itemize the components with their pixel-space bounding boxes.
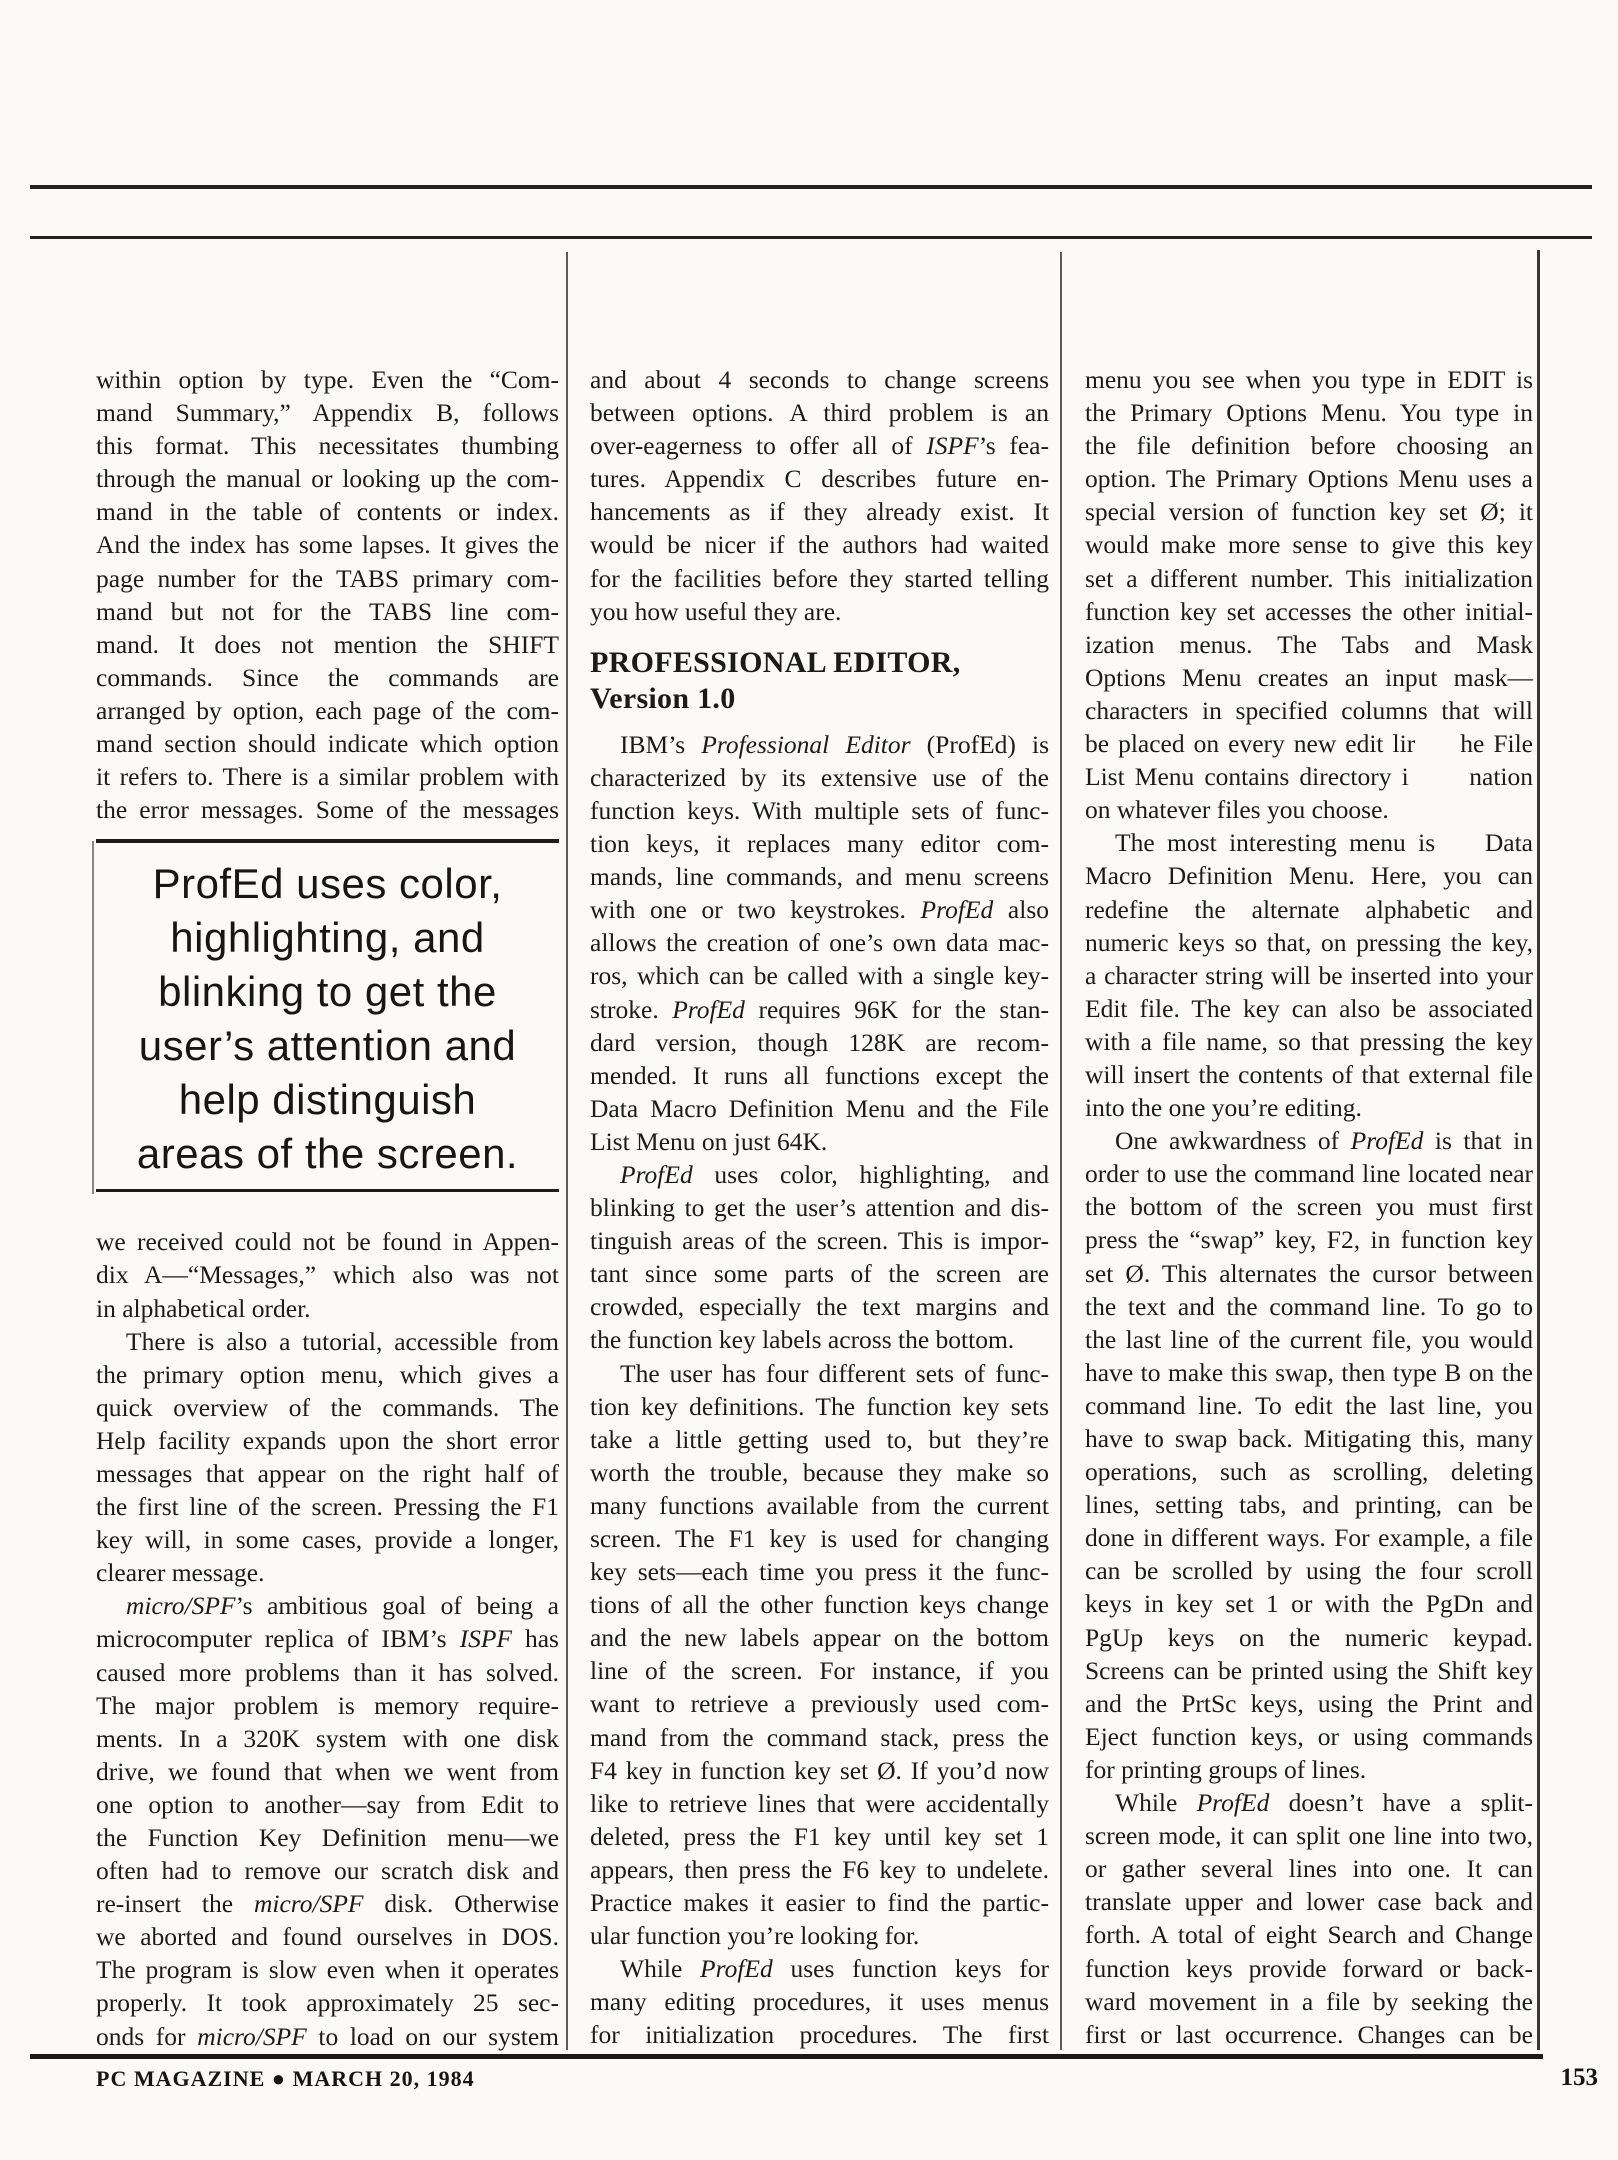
text-line: tant since some parts of the screen are bbox=[590, 1257, 1049, 1290]
text-line: List Menu contains directory i nation bbox=[1085, 760, 1533, 793]
text-line: Screens can be printed using the Shift k… bbox=[1085, 1654, 1533, 1687]
text-line: the first line of the screen. Pressing t… bbox=[96, 1490, 559, 1523]
text-line: mand but not for the TABS line com- bbox=[96, 595, 559, 628]
text-line: microcomputer replica of IBM’s ISPF has bbox=[96, 1622, 559, 1655]
top-rule-2 bbox=[30, 236, 1592, 239]
text-line: properly. It took approximately 25 sec- bbox=[96, 1986, 559, 2019]
text-line: mended. It runs all functions except the bbox=[590, 1059, 1049, 1092]
column-1: within option by type. Even the “Com-man… bbox=[96, 363, 559, 2053]
text-line: done in different ways. For example, a f… bbox=[1085, 1521, 1533, 1554]
paragraph: menu you see when you type in EDIT isthe… bbox=[1085, 363, 1533, 826]
text-line: While ProfEd uses function keys for bbox=[590, 1952, 1049, 1985]
text-line: would make more sense to give this key bbox=[1085, 528, 1533, 561]
paragraph: and about 4 seconds to change screensbet… bbox=[590, 363, 1049, 628]
text-line: option. The Primary Options Menu uses a bbox=[1085, 462, 1533, 495]
text-line: messages that appear on the right half o… bbox=[96, 1457, 559, 1490]
text-line: the last line of the current file, you w… bbox=[1085, 1323, 1533, 1356]
text-line: we aborted and found ourselves in DOS. bbox=[96, 1920, 559, 1953]
text-line: The user has four different sets of func… bbox=[590, 1357, 1049, 1390]
paragraph: While ProfEd uses function keys formany … bbox=[590, 1952, 1049, 2051]
text-line: The major problem is memory require- bbox=[96, 1689, 559, 1722]
text-line: the text and the command line. To go to bbox=[1085, 1290, 1533, 1323]
text-line: drive, we found that when we went from bbox=[96, 1755, 559, 1788]
text-line: screen mode, it can split one line into … bbox=[1085, 1819, 1533, 1852]
magazine-page: within option by type. Even the “Com-man… bbox=[0, 0, 1618, 2160]
paragraph: IBM’s Professional Editor (ProfEd) ischa… bbox=[590, 728, 1049, 1158]
text-line: characters in specified columns that wil… bbox=[1085, 694, 1533, 727]
gutter-scan-line bbox=[92, 841, 94, 1194]
text-line: function key set accesses the other init… bbox=[1085, 595, 1533, 628]
text-line: Macro Definition Menu. Here, you can bbox=[1085, 859, 1533, 892]
paragraph: One awkwardness of ProfEd is that inorde… bbox=[1085, 1124, 1533, 1786]
paragraph: within option by type. Even the “Com-man… bbox=[96, 363, 559, 826]
text-line: the Primary Options Menu. You type in bbox=[1085, 396, 1533, 429]
text-line: special version of function key set Ø; i… bbox=[1085, 495, 1533, 528]
text-line: clearer message. bbox=[96, 1556, 559, 1589]
section-heading-line: PROFESSIONAL EDITOR, bbox=[590, 645, 1049, 681]
text-line: for initialization procedures. The first bbox=[590, 2018, 1049, 2051]
text-line: over-eagerness to offer all of ISPF’s fe… bbox=[590, 429, 1049, 462]
text-line: operations, such as scrolling, deleting bbox=[1085, 1455, 1533, 1488]
text-line: this format. This necessitates thumbing bbox=[96, 429, 559, 462]
text-line: ments. In a 320K system with one disk bbox=[96, 1722, 559, 1755]
section-heading-line: Version 1.0 bbox=[590, 681, 1049, 717]
text-line: There is also a tutorial, accessible fro… bbox=[96, 1325, 559, 1358]
text-line: the error messages. Some of the messages bbox=[96, 793, 559, 826]
text-line: The program is slow even when it operate… bbox=[96, 1953, 559, 1986]
text-line: stroke. ProfEd requires 96K for the stan… bbox=[590, 993, 1049, 1026]
text-line: onds for micro/SPF to load on our system bbox=[96, 2020, 559, 2053]
text-line: for the facilities before they started t… bbox=[590, 562, 1049, 595]
pull-quote-line: user’s attention and bbox=[96, 1019, 559, 1073]
text-line: on whatever files you choose. bbox=[1085, 793, 1533, 826]
text-line: lines, setting tabs, and printing, can b… bbox=[1085, 1488, 1533, 1521]
text-line: mand Summary,” Appendix B, follows bbox=[96, 396, 559, 429]
text-line: forth. A total of eight Search and Chang… bbox=[1085, 1918, 1533, 1951]
text-line: menu you see when you type in EDIT is bbox=[1085, 363, 1533, 396]
text-line: function keys. With multiple sets of fun… bbox=[590, 794, 1049, 827]
text-line: want to retrieve a previously used com- bbox=[590, 1687, 1049, 1720]
text-line: set a different number. This initializat… bbox=[1085, 562, 1533, 595]
text-line: blinking to get the user’s attention and… bbox=[590, 1191, 1049, 1224]
text-line: first or last occurrence. Changes can be bbox=[1085, 2018, 1533, 2051]
footer-rule bbox=[30, 2054, 1543, 2059]
text-line: dix A—“Messages,” which also was not bbox=[96, 1258, 559, 1291]
footer-magazine-date: PC MAGAZINE ● MARCH 20, 1984 bbox=[96, 2066, 475, 2092]
text-line: key will, in some cases, provide a longe… bbox=[96, 1523, 559, 1556]
pull-quote-line: help distinguish bbox=[96, 1073, 559, 1127]
pull-quote-line: highlighting, and bbox=[96, 911, 559, 965]
text-line: or gather several lines into one. It can bbox=[1085, 1852, 1533, 1885]
column-divider-right bbox=[1060, 252, 1062, 2050]
text-line: mand in the table of contents or index. bbox=[96, 495, 559, 528]
pull-quote-line: blinking to get the bbox=[96, 965, 559, 1019]
paragraph: ProfEd uses color, highlighting, andblin… bbox=[590, 1158, 1049, 1357]
text-line: ward movement in a file by seeking the bbox=[1085, 1985, 1533, 2018]
text-line: Help facility expands upon the short err… bbox=[96, 1424, 559, 1457]
text-line: redefine the alternate alphabetic and bbox=[1085, 893, 1533, 926]
text-line: and the PrtSc keys, using the Print and bbox=[1085, 1687, 1533, 1720]
text-line: IBM’s Professional Editor (ProfEd) is bbox=[590, 728, 1049, 761]
text-line: can be scrolled by using the four scroll bbox=[1085, 1554, 1533, 1587]
text-line: arranged by option, each page of the com… bbox=[96, 694, 559, 727]
text-line: numeric keys so that, on pressing the ke… bbox=[1085, 926, 1533, 959]
text-line: the bottom of the screen you must first bbox=[1085, 1190, 1533, 1223]
text-line: Eject function keys, or using commands bbox=[1085, 1720, 1533, 1753]
text-line: tion keys, it replaces many editor com- bbox=[590, 827, 1049, 860]
text-line: many editing procedures, it uses menus bbox=[590, 1985, 1049, 2018]
text-line: through the manual or looking up the com… bbox=[96, 462, 559, 495]
text-line: will insert the contents of that externa… bbox=[1085, 1058, 1533, 1091]
text-line: have to make this swap, then type B on t… bbox=[1085, 1356, 1533, 1389]
text-line: page number for the TABS primary com- bbox=[96, 562, 559, 595]
text-line: function keys provide forward or back- bbox=[1085, 1952, 1533, 1985]
text-line: for printing groups of lines. bbox=[1085, 1753, 1533, 1786]
page-number: 153 bbox=[1540, 2064, 1598, 2092]
text-line: And the index has some lapses. It gives … bbox=[96, 528, 559, 561]
text-line: appears, then press the F6 key to undele… bbox=[590, 1853, 1049, 1886]
text-line: the Function Key Definition menu—we bbox=[96, 1821, 559, 1854]
text-line: within option by type. Even the “Com- bbox=[96, 363, 559, 396]
text-line: often had to remove our scratch disk and bbox=[96, 1854, 559, 1887]
column-2: and about 4 seconds to change screensbet… bbox=[590, 363, 1049, 2052]
text-line: The most interesting menu is Data bbox=[1085, 826, 1533, 859]
pull-quote-line: areas of the screen. bbox=[96, 1127, 559, 1181]
text-line: mand from the command stack, press the bbox=[590, 1721, 1049, 1754]
paragraph: The most interesting menu is DataMacro D… bbox=[1085, 826, 1533, 1124]
text-line: we received could not be found in Appen- bbox=[96, 1225, 559, 1258]
text-line: tures. Appendix C describes future en- bbox=[590, 462, 1049, 495]
text-line: ros, which can be called with a single k… bbox=[590, 959, 1049, 992]
text-line: command line. To edit the last line, you bbox=[1085, 1389, 1533, 1422]
text-line: key sets—each time you press it the func… bbox=[590, 1555, 1049, 1588]
pull-quote: ProfEd uses color,highlighting, andblink… bbox=[96, 839, 559, 1192]
text-line: F4 key in function key set Ø. If you’d n… bbox=[590, 1754, 1049, 1787]
text-line: be placed on every new edit lir he File bbox=[1085, 727, 1533, 760]
text-line: dard version, though 128K are recom- bbox=[590, 1026, 1049, 1059]
text-line: worth the trouble, because they make so bbox=[590, 1456, 1049, 1489]
paragraph: we received could not be found in Appen-… bbox=[96, 1225, 559, 1324]
page-edge-line bbox=[1537, 250, 1540, 2050]
text-line: order to use the command line located ne… bbox=[1085, 1157, 1533, 1190]
text-line: take a little getting used to, but they’… bbox=[590, 1423, 1049, 1456]
text-line: it refers to. There is a similar problem… bbox=[96, 760, 559, 793]
top-rule-1 bbox=[30, 185, 1592, 189]
paragraph: micro/SPF’s ambitious goal of being amic… bbox=[96, 1589, 559, 2052]
text-line: commands. Since the commands are bbox=[96, 661, 559, 694]
text-line: set Ø. This alternates the cursor betwee… bbox=[1085, 1257, 1533, 1290]
text-line: and the new labels appear on the bottom bbox=[590, 1621, 1049, 1654]
text-line: the function key labels across the botto… bbox=[590, 1323, 1049, 1356]
text-line: PgUp keys on the numeric keypad. bbox=[1085, 1621, 1533, 1654]
text-line: one option to another—say from Edit to bbox=[96, 1788, 559, 1821]
text-line: the file definition before choosing an bbox=[1085, 429, 1533, 462]
text-line: you how useful they are. bbox=[590, 595, 1049, 628]
text-line: hancements as if they already exist. It bbox=[590, 495, 1049, 528]
paragraph: While ProfEd doesn’t have a split-screen… bbox=[1085, 1786, 1533, 2051]
column-3: menu you see when you type in EDIT isthe… bbox=[1085, 363, 1533, 2051]
text-line: a character string will be inserted into… bbox=[1085, 959, 1533, 992]
pull-quote-line: ProfEd uses color, bbox=[96, 857, 559, 911]
text-line: translate upper and lower case back and bbox=[1085, 1885, 1533, 1918]
text-line: ular function you’re looking for. bbox=[590, 1919, 1049, 1952]
text-line: Edit file. The key can also be associate… bbox=[1085, 992, 1533, 1025]
text-line: crowded, especially the text margins and bbox=[590, 1290, 1049, 1323]
text-line: quick overview of the commands. The bbox=[96, 1391, 559, 1424]
text-line: One awkwardness of ProfEd is that in bbox=[1085, 1124, 1533, 1157]
text-line: tinguish areas of the screen. This is im… bbox=[590, 1224, 1049, 1257]
text-line: between options. A third problem is an bbox=[590, 396, 1049, 429]
text-line: like to retrieve lines that were acciden… bbox=[590, 1787, 1049, 1820]
text-line: ProfEd uses color, highlighting, and bbox=[590, 1158, 1049, 1191]
text-line: Data Macro Definition Menu and the File bbox=[590, 1092, 1049, 1125]
text-line: mands, line commands, and menu screens bbox=[590, 860, 1049, 893]
text-line: mand section should indicate which optio… bbox=[96, 727, 559, 760]
paragraph: There is also a tutorial, accessible fro… bbox=[96, 1325, 559, 1590]
text-line: and about 4 seconds to change screens bbox=[590, 363, 1049, 396]
text-line: have to swap back. Mitigating this, many bbox=[1085, 1422, 1533, 1455]
text-line: Practice makes it easier to find the par… bbox=[590, 1886, 1049, 1919]
text-line: with one or two keystrokes. ProfEd also bbox=[590, 893, 1049, 926]
text-line: While ProfEd doesn’t have a split- bbox=[1085, 1786, 1533, 1819]
text-line: the primary option menu, which gives a bbox=[96, 1358, 559, 1391]
text-line: allows the creation of one’s own data ma… bbox=[590, 926, 1049, 959]
column-divider-left bbox=[566, 252, 568, 2050]
text-line: line of the screen. For instance, if you bbox=[590, 1654, 1049, 1687]
text-line: caused more problems than it has solved. bbox=[96, 1656, 559, 1689]
text-line: tions of all the other function keys cha… bbox=[590, 1588, 1049, 1621]
text-line: micro/SPF’s ambitious goal of being a bbox=[96, 1589, 559, 1622]
text-line: ization menus. The Tabs and Mask bbox=[1085, 628, 1533, 661]
text-line: List Menu on just 64K. bbox=[590, 1125, 1049, 1158]
text-line: with a file name, so that pressing the k… bbox=[1085, 1025, 1533, 1058]
text-line: characterized by its extensive use of th… bbox=[590, 761, 1049, 794]
text-line: screen. The F1 key is used for changing bbox=[590, 1522, 1049, 1555]
text-line: press the “swap” key, F2, in function ke… bbox=[1085, 1223, 1533, 1256]
text-line: many functions available from the curren… bbox=[590, 1489, 1049, 1522]
text-line: keys in key set 1 or with the PgDn and bbox=[1085, 1587, 1533, 1620]
text-line: into the one you’re editing. bbox=[1085, 1091, 1533, 1124]
text-line: deleted, press the F1 key until key set … bbox=[590, 1820, 1049, 1853]
text-line: Options Menu creates an input mask— bbox=[1085, 661, 1533, 694]
text-line: re-insert the micro/SPF disk. Otherwise bbox=[96, 1887, 559, 1920]
text-line: mand. It does not mention the SHIFT bbox=[96, 628, 559, 661]
text-line: in alphabetical order. bbox=[96, 1292, 559, 1325]
paragraph: The user has four different sets of func… bbox=[590, 1357, 1049, 1953]
text-line: would be nicer if the authors had waited bbox=[590, 528, 1049, 561]
section-heading: PROFESSIONAL EDITOR,Version 1.0 bbox=[590, 645, 1049, 717]
text-line: tion key definitions. The function key s… bbox=[590, 1390, 1049, 1423]
